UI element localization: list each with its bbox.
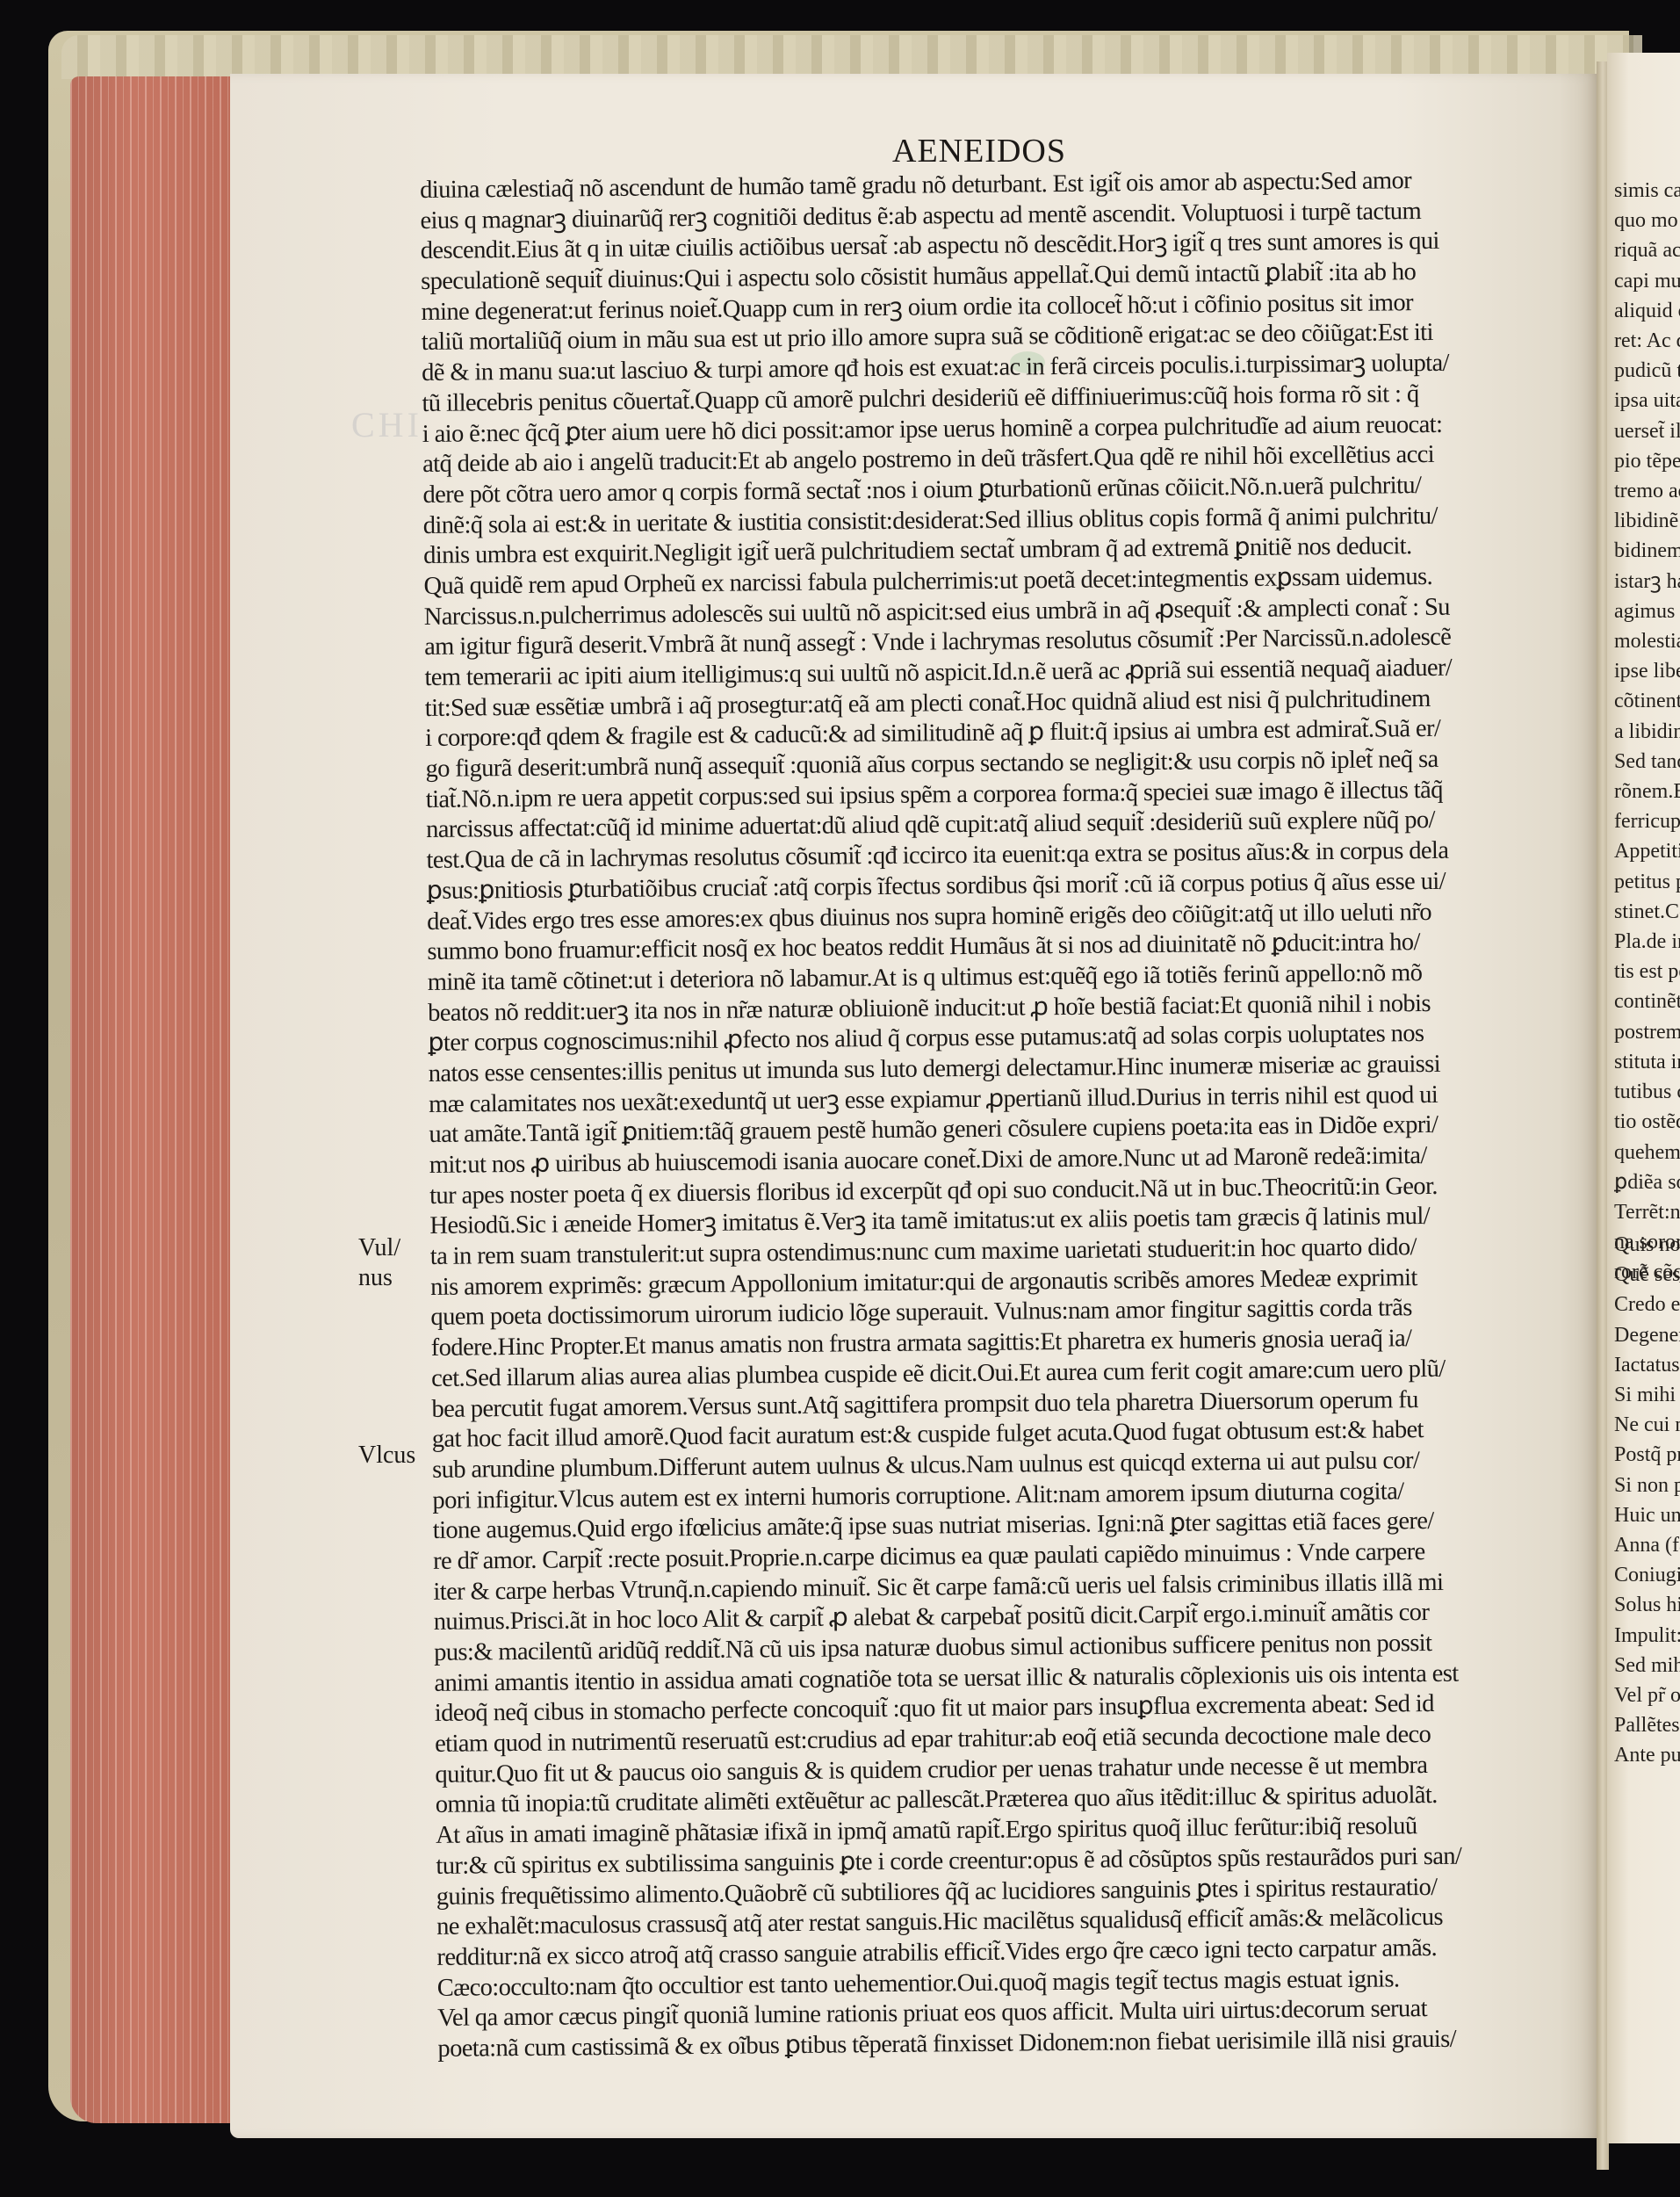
recto-line: tis est pen (1614, 957, 1680, 986)
recto-commentary-fragment: simis caquo moriquã accapi mualiquid cre… (1614, 176, 1680, 1288)
recto-line: ꝑdiẽa sole (1614, 1167, 1680, 1197)
recto-verse-line: Degenere (1614, 1320, 1680, 1350)
recto-verse-line: Si mihi n (1614, 1380, 1680, 1410)
recto-line: capi mu (1614, 266, 1680, 296)
recto-line: cõtinentia (1614, 686, 1680, 716)
recto-verse-line: Coniugis (1614, 1560, 1680, 1590)
recto-line: stinet.Coa (1614, 897, 1680, 927)
recto-line: tio ostẽdit (1614, 1107, 1680, 1137)
show-through-ghost-text: CHI (351, 404, 422, 445)
recto-line: ipsa uita (1614, 386, 1680, 416)
recto-line: petitus pri (1614, 867, 1680, 897)
recto-line: Terrẽt:nã (1614, 1197, 1680, 1227)
binding-headcap (61, 35, 1642, 79)
running-head: AENEIDOS (856, 132, 1102, 170)
recto-line: rõnem.En (1614, 777, 1680, 806)
recto-verse-line: Huic uni (1614, 1500, 1680, 1530)
recto-line: quehemẽ (1614, 1138, 1680, 1167)
recto-verse-line: Solus hic (1614, 1590, 1680, 1620)
recto-line: agimus & (1614, 596, 1680, 626)
recto-line: bidinem: (1614, 536, 1680, 566)
recto-line: uerset̃ ill (1614, 416, 1680, 446)
recto-verse-line: Si non pe (1614, 1471, 1680, 1500)
recto-line: ret: Ac d (1614, 326, 1680, 356)
commentary-text-block: diuina cælestiaq̃ nõ ascendunt de humão … (420, 164, 1589, 2064)
recto-verse-line: Pallẽtes u (1614, 1710, 1680, 1740)
recto-line: molestia u (1614, 626, 1680, 656)
recto-line: libidinẽ d (1614, 506, 1680, 536)
recto-verse-line: Impulit:a (1614, 1621, 1680, 1651)
recto-line: postremo (1614, 1017, 1680, 1047)
recto-line: ferricupia (1614, 806, 1680, 836)
recto-verse-line: Ante pud (1614, 1740, 1680, 1770)
recto-line: riquã ac (1614, 235, 1680, 265)
recto-line: Pla.de incõ (1614, 927, 1680, 957)
recto-line: simis ca (1614, 176, 1680, 206)
recto-verse-line: Credo eq (1614, 1290, 1680, 1319)
recto-line: pio tẽper (1614, 446, 1680, 476)
margin-note-ulcus: Vlcus (358, 1441, 415, 1471)
recto-line: Sed tandẽ (1614, 747, 1680, 777)
margin-note-vulnus-1: Vul/ (358, 1233, 400, 1263)
recto-line: continẽtia (1614, 986, 1680, 1016)
recto-verse-fragment: Quis noQuẽ seseCredo eqDegenereIactatus … (1614, 1230, 1680, 1771)
recto-line: aliquid c (1614, 296, 1680, 326)
recto-verse-line: Sed mihi (1614, 1651, 1680, 1680)
recto-line: Appetitio (1614, 836, 1680, 866)
recto-verse-line: Anna (fat (1614, 1530, 1680, 1560)
recto-line: quo mo (1614, 206, 1680, 235)
recto-verse-line: Ne cui m (1614, 1410, 1680, 1440)
recto-line: tutibus c (1614, 1077, 1680, 1107)
recto-verse-line: Vel pr̃ oĩ (1614, 1680, 1680, 1710)
recto-line: pudicũ t (1614, 356, 1680, 386)
recto-line: a libidino (1614, 717, 1680, 747)
red-stained-page-edges (70, 76, 233, 2123)
recto-verse-line: Iactatus f (1614, 1350, 1680, 1380)
recto-verse-line: Quẽ sese (1614, 1260, 1680, 1290)
recto-line: ipse libens (1614, 656, 1680, 686)
recto-line: stituta in (1614, 1047, 1680, 1077)
recto-line: istarꝫ hab (1614, 567, 1680, 596)
recto-verse-line: Quis no (1614, 1230, 1680, 1260)
recto-verse-line: Postq̃ pri (1614, 1440, 1680, 1470)
margin-note-vulnus-2: nus (358, 1263, 393, 1293)
recto-line: tremo ad (1614, 476, 1680, 506)
